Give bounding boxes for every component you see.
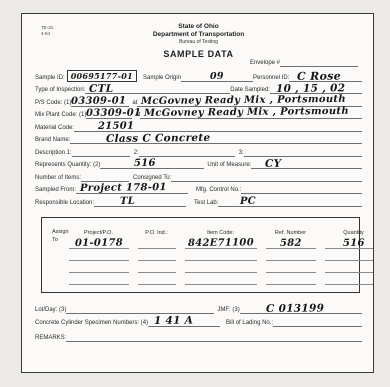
jmf-line: C 013199	[240, 301, 362, 315]
table-cell: 582	[266, 237, 316, 249]
ps-at-value: McGovney Ready Mix , Portsmouth	[141, 95, 346, 107]
ps-code-label: P/S Code: (1)	[35, 100, 71, 107]
table-cell	[138, 274, 176, 285]
description3-label: 3:	[235, 150, 244, 157]
table-cell	[138, 262, 176, 273]
sample-origin-value: 09	[210, 72, 224, 82]
brand-name-label: Brand Name:	[35, 137, 70, 144]
cell-value: 01-0178	[74, 238, 122, 249]
brand-name-line: Class C Concrete	[70, 131, 362, 145]
personnel-id-value: C Rose	[297, 70, 341, 81]
sample-id-row: Sample ID: 00695177-01 Sample Origin 09 …	[35, 67, 362, 82]
bill-of-lading-label: Bill of Lading No.:	[220, 320, 273, 327]
table-cell	[69, 274, 129, 285]
remarks-line	[66, 329, 362, 343]
table-cell: 842E71100	[185, 237, 257, 249]
cell-value: 516	[343, 239, 365, 249]
cylinder-label: Concrete Cylinder Specimen Numbers: (4)	[35, 320, 148, 327]
unit-of-measure-value: CY	[265, 159, 282, 170]
responsible-location-label: Responsible Location:	[35, 200, 94, 207]
col-header-po-ind: P.O. Ind.:	[138, 230, 176, 236]
sample-id-value: 00695177-01	[67, 70, 137, 82]
mix-plant-code-value: 03309-01	[86, 109, 141, 120]
org-line-2: Department of Transportation	[35, 31, 362, 39]
description1-label: Description 1:	[35, 150, 72, 157]
ps-code-row: P/S Code: (1) 03309-01 at McGovney Ready…	[35, 94, 362, 107]
col-header-project-po: Project/P.O.	[69, 230, 129, 236]
envelope-label: Envelope #	[250, 60, 280, 67]
table-cell	[325, 262, 374, 273]
assign-table-grid: Project/P.O. P.O. Ind.: Item Code: Ref. …	[69, 228, 374, 292]
sampled-from-value: Project 178-01	[80, 183, 167, 194]
table-cell	[266, 250, 316, 261]
ps-code-value: 03309-01	[71, 96, 126, 107]
cell-value: 582	[280, 239, 302, 249]
sample-data-form: TE-31 4-94 State of Ohio Department of T…	[21, 13, 374, 373]
org-line-3: Bureau of Testing	[35, 39, 362, 46]
col-header-item-code: Item Code:	[185, 230, 257, 236]
mix-at-line: McGovney Ready Mix , Portsmouth	[140, 106, 362, 120]
description3-line	[244, 143, 362, 157]
table-cell: 516	[325, 237, 374, 249]
table-cell	[69, 262, 129, 273]
table-cell	[266, 274, 316, 285]
remarks-row: REMARKS:	[35, 330, 362, 343]
brand-name-value: Class C Concrete	[106, 133, 211, 145]
material-code-label: Material Code:	[35, 125, 74, 132]
date-sampled-value: 10 , 15 , 02	[276, 83, 345, 94]
lot-day-line	[66, 301, 214, 315]
sample-origin-line: 09	[181, 66, 253, 82]
mfg-control-no-line	[241, 181, 362, 195]
responsible-location-line: TL	[94, 193, 186, 207]
table-cell	[185, 250, 257, 261]
description1-line	[72, 143, 130, 157]
assign-table: Assign To Project/P.O. P.O. Ind.: Item C…	[41, 217, 360, 293]
type-of-inspection-line: CTL	[85, 81, 230, 95]
mix-plant-code-line: 03309-01	[86, 106, 132, 120]
table-cell	[266, 262, 316, 273]
ps-at-line: McGovney Ready Mix , Portsmouth	[137, 93, 362, 107]
test-lab-line: PC	[218, 193, 362, 207]
date-sampled-line: 10 , 15 , 02	[270, 81, 362, 95]
unit-of-measure-line: CY	[251, 156, 362, 170]
form-code: TE-31 4-94	[41, 25, 53, 36]
sampled-from-line: Project 178-01	[76, 181, 188, 195]
assign-to-label: Assign To	[52, 228, 69, 292]
personnel-id-line: C Rose	[289, 66, 362, 82]
table-cell	[185, 262, 257, 273]
test-lab-value: PC	[240, 197, 256, 207]
description2-line	[139, 143, 235, 157]
org-line-1: State of Ohio	[35, 23, 362, 31]
bill-of-lading-line	[273, 313, 362, 327]
ps-code-line: 03309-01	[71, 93, 129, 107]
table-cell: 01-0178	[69, 237, 129, 249]
form-header: State of Ohio Department of Transportati…	[35, 23, 362, 59]
number-of-items-label: Number of Items:	[35, 175, 81, 182]
material-code-line: 21501	[74, 118, 362, 132]
represents-quantity-value: 516	[134, 159, 156, 169]
col-header-quantity: Quantity	[325, 230, 374, 236]
cylinder-row: Concrete Cylinder Specimen Numbers: (4) …	[35, 314, 362, 327]
form-footer: Lot/Day: (3) JMF: (3) C 013199 Concrete …	[35, 302, 362, 343]
responsible-location-row: Responsible Location: TL Test Lab: PC	[35, 194, 362, 207]
remarks-label: REMARKS:	[35, 335, 66, 342]
jmf-value: C 013199	[266, 303, 324, 314]
responsible-location-value: TL	[120, 197, 135, 207]
table-cell	[325, 250, 374, 261]
table-cell	[138, 250, 176, 261]
col-header-ref-number: Ref. Number	[266, 230, 316, 236]
cylinder-line: 1 41 A	[148, 313, 220, 327]
sample-id-label: Sample ID:	[35, 75, 65, 82]
cell-value: 842E71100	[187, 238, 253, 249]
table-cell	[185, 274, 257, 285]
lot-day-label: Lot/Day: (3)	[35, 307, 66, 314]
table-cell	[69, 250, 129, 261]
represents-quantity-line: 516	[100, 156, 204, 170]
table-cell	[138, 237, 176, 249]
consigned-to-line	[171, 168, 362, 182]
table-cell	[325, 274, 374, 285]
number-of-items-line	[81, 168, 129, 182]
type-of-inspection-value: CTL	[89, 83, 114, 94]
material-code-value: 21501	[98, 121, 134, 131]
sampled-from-label: Sampled From:	[35, 187, 76, 194]
test-lab-label: Test Lab:	[186, 200, 218, 207]
cylinder-value: 1 41 A	[154, 316, 193, 327]
